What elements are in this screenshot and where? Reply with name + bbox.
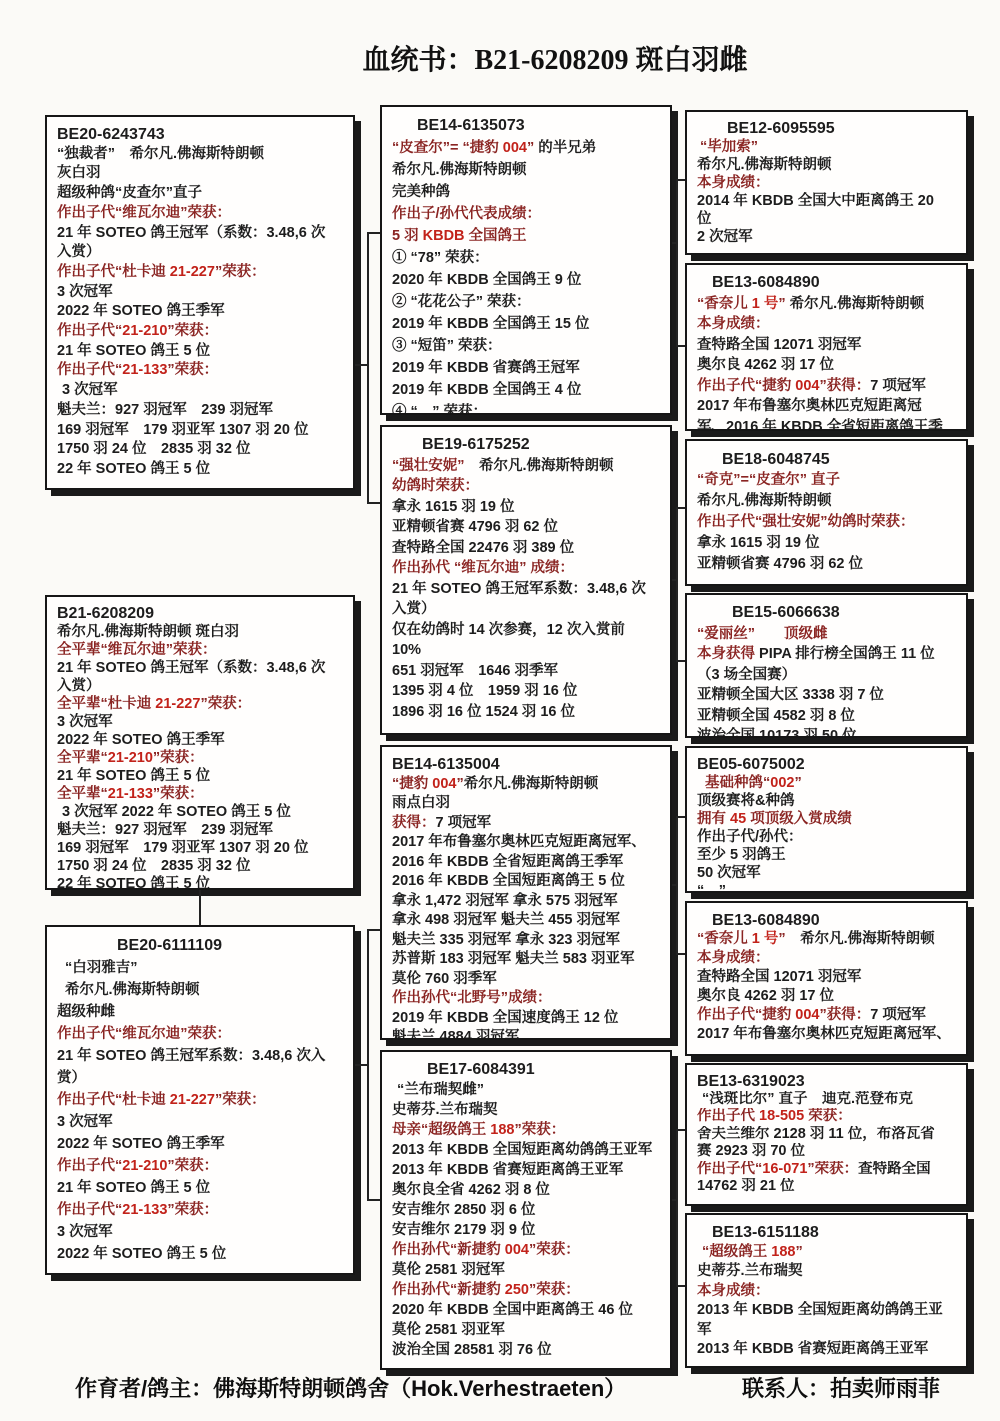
pedigree-line: 2017 年布鲁塞尔奥林匹克短距离冠军、	[697, 1025, 956, 1044]
pedigree-line: 希尔凡.佛海斯特朗顿	[392, 159, 660, 181]
ring-number: BE20-6111109	[57, 935, 343, 957]
pedigree-line: 3 次冠军	[57, 283, 343, 303]
pedigree-line: 亚精顿省赛 4796 羽 62 位	[392, 517, 660, 538]
ring-number: BE14-6135004	[392, 755, 660, 775]
pedigree-line: 2022 年 SOTEO 鸽王 5 位	[57, 1243, 343, 1265]
plain-text: 查特路全国 12071 羽冠军	[697, 337, 861, 353]
pedigree-line: 作出孙代 “维瓦尔迪” 成绩：	[392, 558, 660, 579]
highlighted-text: 21-210	[122, 1158, 167, 1174]
plain-text: 2020 年 KBDB 全国鸽王 9 位	[392, 272, 581, 288]
pedigree-page: 血统书：B21-6208209 斑白羽雌 BE20-6243743“独裁者” 希…	[0, 0, 1000, 1421]
pedigree-box-BE13-6319023: BE13-6319023“浅斑比尔” 直子 迪克.范登布克作出子代 18-505…	[685, 1063, 968, 1206]
pedigree-line: 2022 年 SOTEO 鸽王季军	[57, 302, 343, 322]
pedigree-line: 50 次冠军	[697, 864, 956, 882]
pedigree-line: 作出子代“维瓦尔迪”荣获：	[57, 204, 343, 224]
pedigree-line: 拿永 1,472 羽冠军 拿永 575 羽冠军	[392, 892, 660, 912]
highlighted-text: ”荣获：	[153, 750, 204, 766]
pedigree-box-BE15-6066638: BE15-6066638“爱丽丝” 顶级雌本身获得 PIPA 排行榜全国鸽王 1…	[685, 593, 968, 738]
plain-text: 奥尔良 4262 羽 17 位	[697, 357, 834, 373]
highlighted-text: 本身成绩：	[697, 1283, 770, 1299]
highlighted-text: 拥有	[697, 811, 730, 827]
highlighted-text: 作出子代“	[57, 323, 122, 339]
plain-text: 安吉维尔 2850 羽 6 位	[392, 1202, 535, 1218]
plain-text: 2019 年 KBDB 省赛鸽王冠军	[392, 360, 580, 376]
pedigree-line: 希尔凡.佛海斯特朗顿	[57, 979, 343, 1001]
plain-text: 军、2016 年 KBDB 全省短距离鸽王季	[697, 419, 943, 432]
contact-info: 联系人：拍卖师雨菲	[742, 1372, 940, 1403]
connector-line	[678, 1129, 685, 1131]
highlighted-text: 004	[505, 1242, 529, 1258]
plain-text: 169 羽冠军 179 羽亚军 1307 羽 20 位	[57, 422, 308, 438]
highlighted-text: 基础种鸽“	[705, 775, 770, 791]
highlighted-text: 项顶级入赏成绩	[746, 811, 852, 827]
plain-text: 亚精顿省赛 4796 羽 62 位	[392, 519, 558, 535]
plain-text: 超级种鸽“皮查尔”直子	[57, 185, 202, 201]
pedigree-line: 魁夫兰 4884 羽冠军	[392, 1028, 660, 1040]
highlighted-text: 作出子代“	[697, 1161, 762, 1177]
highlighted-text: ”荣获：	[529, 1282, 580, 1298]
pedigree-line: 21 年 SOTEO 鸽王冠军系数：3.48,6 次入	[57, 1045, 343, 1067]
highlighted-text: “超级鸽王	[702, 1244, 771, 1260]
pedigree-line: 1750 羽 24 位 2835 羽 32 位	[57, 857, 343, 875]
pedigree-line: 2013 年 KBDB 全国短距离幼鸽鸽王亚	[697, 1301, 956, 1321]
highlighted-text: 21-210	[122, 323, 167, 339]
pedigree-line: 651 羽冠军 1646 羽季军	[392, 661, 660, 682]
pedigree-line: 21 年 SOTEO 鸽王 5 位	[57, 767, 343, 785]
ring-number: BE15-6066638	[697, 603, 956, 624]
pedigree-line: 赛 2923 羽 70 位	[697, 1143, 956, 1161]
plain-text: 651 羽冠军 1646 羽季军	[392, 663, 558, 679]
pedigree-line: 2020 年 KBDB 全国中距离鸽王 46 位	[392, 1300, 660, 1320]
highlighted-text: 004	[503, 140, 527, 156]
plain-text: 2017 年布鲁塞尔奥林匹克短距离冠军、	[697, 1026, 951, 1042]
plain-text: 史蒂芬.兰布瑞契	[697, 1263, 803, 1279]
plain-text: “浅斑比尔” 直子 迪克.范登布克	[702, 1091, 913, 1107]
plain-text: 查特路全国	[858, 1161, 931, 1177]
pedigree-line: 21 年 SOTEO 鸽王冠军（系数：3.48,6 次	[57, 224, 343, 244]
pedigree-line: “香奈儿 1 号” 希尔凡.佛海斯特朗顿	[697, 294, 956, 315]
plain-text: 22 年 SOTEO 鸽王 5 位	[57, 461, 210, 477]
pedigree-line: 作出孙代“新捷豹 250”荣获：	[392, 1280, 660, 1300]
pedigree-line: “毕加索”	[697, 138, 956, 156]
connector-line	[676, 1129, 678, 1287]
pedigree-box-B21-6208209: B21-6208209希尔凡.佛海斯特朗顿 斑白羽全平辈“维瓦尔迪”荣获：21 …	[45, 595, 355, 890]
pedigree-box-BE12-6095595: BE12-6095595“毕加索”希尔凡.佛海斯特朗顿本身成绩：2014 年 K…	[685, 110, 968, 255]
highlighted-text: 作出孙代 “维瓦尔迪” 成绩：	[392, 560, 574, 576]
plain-text: 安吉维尔 2179 羽 9 位	[392, 1222, 535, 1238]
pedigree-line: 2016 年 KBDB 全省短距离鸽王季军	[392, 853, 660, 873]
pedigree-line: 3 次冠军	[57, 1111, 343, 1133]
highlighted-text: 全平辈“杜卡迪	[57, 696, 155, 712]
pedigree-line: 作出子代“捷豹 004”获得：7 项冠军	[697, 1006, 956, 1025]
plain-text: “白羽雅吉”	[65, 960, 138, 976]
pedigree-line: 2013 年 KBDB 全国短距离幼鸽鸽王亚军	[392, 1140, 660, 1160]
highlighted-text: ”荣获：	[153, 786, 204, 802]
pedigree-line: 仅在幼鸽时 14 次参赛，12 次入赏前	[392, 620, 660, 641]
pedigree-line: 作出子代“16-071”荣获：查特路全国	[697, 1161, 956, 1179]
ring-number: BE13-6151188	[697, 1223, 956, 1243]
highlighted-text: 作出子代“维瓦尔迪”荣获：	[57, 1026, 231, 1042]
highlighted-text: ”获得：	[819, 1007, 870, 1023]
highlighted-text: ”荣获：	[200, 696, 251, 712]
connector-line	[369, 929, 380, 931]
pedigree-line: 本身获得 PIPA 排行榜全国鸽王 11 位	[697, 644, 956, 665]
pedigree-line: 169 羽冠军 179 羽亚军 1307 羽 20 位	[57, 839, 343, 857]
pedigree-line: 幼鸽时荣获：	[392, 476, 660, 497]
plain-text: 7 项冠军	[870, 378, 926, 394]
pedigree-line: 本身成绩：	[697, 174, 956, 192]
plain-text: 希尔凡.佛海斯特朗顿	[697, 157, 832, 173]
pedigree-line: 2 次冠军	[697, 228, 956, 246]
highlighted-text: 004	[795, 378, 819, 394]
pedigree-line: 2019 年 KBDB 全国速度鸽王 12 位	[392, 1009, 660, 1029]
pedigree-line: 亚精顿全国大区 3338 羽 7 位	[697, 685, 956, 706]
plain-text: 魁夫兰：927 羽冠军 239 羽冠军	[57, 402, 273, 418]
pedigree-line: 作出子代/孙代：	[697, 828, 956, 846]
highlighted-text: ”荣获：	[215, 1092, 266, 1108]
pedigree-line: 入赏）	[392, 599, 660, 620]
plain-text: 莫伦 760 羽季军	[392, 971, 497, 987]
highlighted-text: 作出子代“维瓦尔迪”荣获：	[57, 205, 231, 221]
pedigree-line: 21 年 SOTEO 鸽王 5 位	[57, 1177, 343, 1199]
pedigree-line: 希尔凡.佛海斯特朗顿	[697, 491, 956, 512]
pedigree-line: 作出孙代“北野号”成绩：	[392, 989, 660, 1009]
highlighted-text: 本身成绩：	[697, 316, 770, 332]
highlighted-text: 作出子代“杜卡迪	[57, 1092, 170, 1108]
highlighted-text: 002	[770, 775, 794, 791]
plain-text: 3 次冠军	[57, 1224, 113, 1240]
pedigree-line: 奥尔良 4262 羽 17 位	[697, 355, 956, 376]
plain-text: 2013 年 KBDB 全国短距离幼鸽鸽王亚	[697, 1302, 943, 1318]
pedigree-line: 作出子代“21-210”荣获：	[57, 322, 343, 342]
pedigree-box-BE14-6135004: BE14-6135004“捷豹 004”希尔凡.佛海斯特朗顿雨点白羽获得：7 项…	[380, 745, 672, 1040]
connector-line	[678, 660, 685, 662]
plain-text: 21 年 SOTEO 鸽王 5 位	[57, 768, 210, 784]
pedigree-line: ② “花花公子” 荣获：	[392, 291, 660, 313]
ring-number: B21-6208209	[57, 605, 343, 623]
plain-text: 雨点白羽	[392, 795, 450, 811]
highlighted-text: “爱丽丝” 顶级雌	[697, 626, 828, 642]
pedigree-line: 安吉维尔 2179 羽 9 位	[392, 1220, 660, 1240]
plain-text: 2013 年 KBDB 省赛短距离鸽王亚军	[697, 1341, 928, 1357]
highlighted-text: ”	[778, 296, 785, 312]
plain-text: 22 年 SOTEO 鸽王 5 位	[57, 876, 210, 890]
highlighted-text: 16-071	[762, 1161, 807, 1177]
highlighted-text: KBDB	[423, 228, 465, 244]
ring-number: BE13-6084890	[697, 273, 956, 294]
plain-text: 至少 5 羽鸽王	[697, 847, 786, 863]
highlighted-text: 荣获：	[804, 1108, 852, 1124]
plain-text: 入赏）	[392, 601, 436, 617]
pedigree-line: “捷豹 004”希尔凡.佛海斯特朗顿	[392, 775, 660, 795]
highlighted-text: 21-227	[155, 696, 200, 712]
highlighted-text: 21-133	[122, 362, 167, 378]
plain-text: 2019 年 KBDB 全国鸽王 15 位	[392, 316, 589, 332]
pedigree-box-BE13-6151188: BE13-6151188“超级鸽王 188”史蒂芬.兰布瑞契本身成绩：2013 …	[685, 1213, 968, 1368]
highlighted-text: ”荣获：	[514, 1122, 565, 1138]
pedigree-line: 查特路全国 12071 羽冠军	[697, 335, 956, 356]
highlighted-text: 作出子代“	[57, 1202, 122, 1218]
pedigree-line: 希尔凡.佛海斯特朗顿	[697, 156, 956, 174]
ring-number: BE05-6075002	[697, 756, 956, 774]
plain-text: 史蒂芬.兰布瑞契	[392, 1102, 498, 1118]
plain-text: 2019 年 KBDB 全国鸽王 4 位	[392, 382, 581, 398]
pedigree-line: 作出子代“21-133”荣获：	[57, 1199, 343, 1221]
plain-text: PIPA 排行榜全国鸽王 11 位	[759, 646, 935, 662]
plain-text: 魁夫兰：927 羽冠军 239 羽冠军	[57, 822, 273, 838]
highlighted-text: ”荣获：	[167, 1202, 218, 1218]
ring-number: BE19-6175252	[392, 435, 660, 456]
pedigree-line: “强壮安妮” 希尔凡.佛海斯特朗顿	[392, 456, 660, 477]
pedigree-line: 莫伦 2581 羽冠军	[392, 1260, 660, 1280]
pedigree-line: 3 次冠军 2022 年 SOTEO 鸽王 5 位	[57, 803, 343, 821]
pedigree-line: 1896 羽 16 位 1524 羽 16 位	[392, 702, 660, 723]
plain-text: 拿永 1615 羽 19 位	[392, 499, 515, 515]
pedigree-line: 军	[697, 1321, 956, 1341]
plain-text: 作出子代/孙代：	[697, 829, 803, 845]
pedigree-line: 作出子代“杜卡迪 21-227”荣获：	[57, 263, 343, 283]
pedigree-line: 3 次冠军	[57, 381, 343, 401]
pedigree-line: 希尔凡.佛海斯特朗顿 斑白羽	[57, 623, 343, 641]
ring-number: BE13-6084890	[697, 911, 956, 930]
plain-text: ① “78” 荣获：	[392, 250, 489, 266]
plain-text: ③ “短笛” 荣获：	[392, 338, 502, 354]
page-title: 血统书：B21-6208209 斑白羽雌	[0, 38, 1000, 78]
plain-text: 顶级赛将&种鸽	[697, 793, 794, 809]
pedigree-box-BE05-6075002: BE05-6075002基础种鸽“002”顶级赛将&种鸽拥有 45 项顶级入赏成…	[685, 746, 968, 893]
pedigree-line: 22 年 SOTEO 鸽王 5 位	[57, 875, 343, 890]
plain-text: 赛 2923 羽 70 位	[697, 1143, 805, 1159]
plain-text: 军	[697, 1322, 712, 1338]
plain-text: ④ “…” 荣获：	[392, 404, 487, 415]
highlighted-text: 全平辈“	[57, 786, 108, 802]
pedigree-line: ③ “短笛” 荣获：	[392, 335, 660, 357]
highlighted-text: 188	[771, 1244, 795, 1260]
highlighted-text: ”荣获：	[807, 1161, 858, 1177]
plain-text: 3 次冠军	[57, 714, 113, 730]
highlighted-text: “强壮安妮”	[392, 458, 465, 474]
connector-line	[678, 816, 685, 818]
pedigree-line: 2014 年 KBDB 全国大中距离鸽王 20	[697, 192, 956, 210]
plain-text: 波治全国 10173 羽 50 位	[697, 728, 857, 738]
highlighted-text: 21-227	[170, 264, 215, 280]
highlighted-text: 本身成绩：	[697, 950, 770, 966]
pedigree-line: 拿永 498 羽冠军 魁夫兰 455 羽冠军	[392, 911, 660, 931]
ring-number: BE14-6135073	[392, 115, 660, 137]
plain-text: 3 次冠军	[57, 1114, 113, 1130]
plain-text: 查特路全国 22476 羽 389 位	[392, 540, 574, 556]
pedigree-line: 史蒂芬.兰布瑞契	[697, 1262, 956, 1282]
pedigree-line: 2019 年 KBDB 全国鸽王 15 位	[392, 313, 660, 335]
plain-text: 亚精顿省赛 4796 羽 62 位	[697, 556, 863, 572]
highlighted-text: 21-133	[122, 1202, 167, 1218]
pedigree-line: 21 年 SOTEO 鸽王 5 位	[57, 342, 343, 362]
pedigree-line: 拿永 1615 羽 19 位	[392, 497, 660, 518]
plain-text: 灰白羽	[57, 165, 101, 181]
ring-number: BE20-6243743	[57, 125, 343, 145]
plain-text: 希尔凡.佛海斯特朗顿	[465, 458, 614, 474]
page-footer: 作育者/鸽主：佛海斯特朗顿鸽舍（Hok.Verhestraeten） 联系人：拍…	[0, 1372, 1000, 1403]
pedigree-line: 入赏）	[57, 243, 343, 263]
plain-text: 魁夫兰 4884 羽冠军	[392, 1029, 519, 1040]
highlighted-text: “香奈儿	[697, 931, 752, 947]
plain-text: 2013 年 KBDB 省赛短距离鸽王亚军	[392, 1162, 623, 1178]
plain-text: 1896 羽 16 位 1524 羽 16 位	[392, 704, 575, 720]
highlighted-text: ”荣获：	[529, 1242, 580, 1258]
page-title-text: 血统书：B21-6208209 斑白羽雌	[362, 45, 747, 76]
pedigree-line: 魁夫兰：927 羽冠军 239 羽冠军	[57, 821, 343, 839]
pedigree-line: 全平辈“21-210”荣获：	[57, 749, 343, 767]
plain-text: 入赏）	[57, 244, 101, 260]
highlighted-text: 作出子/孙代代表成绩：	[392, 206, 541, 222]
plain-text: 赏）	[57, 1070, 86, 1086]
plain-text: 10%	[392, 642, 421, 658]
plain-text: 超级种雌	[57, 1004, 115, 1020]
ring-number: BE18-6048745	[697, 449, 956, 470]
pedigree-line: 亚精顿全国 4582 羽 8 位	[697, 706, 956, 727]
pedigree-line: 作出子代 18-505 荣获：	[697, 1108, 956, 1126]
connector-line	[369, 232, 380, 234]
pedigree-line: 亚精顿省赛 4796 羽 62 位	[697, 554, 956, 575]
highlighted-text: 作出子代“	[57, 362, 122, 378]
pedigree-line: 作出子代“21-133”荣获：	[57, 361, 343, 381]
pedigree-line: 魁夫兰：927 羽冠军 239 羽冠军	[57, 401, 343, 421]
plain-text: 亚精顿全国大区 3338 羽 7 位	[697, 687, 884, 703]
pedigree-line: 2019 年 KBDB 全国鸽王 4 位	[392, 379, 660, 401]
highlighted-text: “捷豹	[392, 776, 432, 792]
pedigree-line: “香奈儿 1 号” 希尔凡.佛海斯特朗顿	[697, 930, 956, 949]
highlighted-text: 作出子代“捷豹	[697, 378, 795, 394]
pedigree-line: 查特路全国 22476 羽 389 位	[392, 538, 660, 559]
pedigree-box-BE19-6175252: BE19-6175252“强壮安妮” 希尔凡.佛海斯特朗顿幼鸽时荣获：拿永 16…	[380, 425, 672, 735]
highlighted-text: 5 羽	[392, 228, 423, 244]
highlighted-text: 250	[505, 1282, 529, 1298]
plain-text: 2017 年布鲁塞尔奥林匹克短距离冠	[697, 398, 922, 414]
highlighted-text: ”	[795, 1244, 802, 1260]
plain-text: 7 项冠军	[870, 1007, 926, 1023]
plain-text: 21 年 SOTEO 鸽王 5 位	[57, 343, 210, 359]
plain-text: 拿永 1615 羽 19 位	[697, 535, 820, 551]
pedigree-line: “奇克”=“皮查尔” 直子	[697, 470, 956, 491]
pedigree-line: 顶级赛将&种鸽	[697, 792, 956, 810]
pedigree-line: 拥有 45 项顶级入赏成绩	[697, 810, 956, 828]
highlighted-text: 作出孙代“北野号”成绩：	[392, 990, 552, 1006]
plain-text: 拿永 498 羽冠军 魁夫兰 455 羽冠军	[392, 912, 620, 928]
plain-text: （3 场全国赛）	[697, 667, 796, 683]
pedigree-line: 奥尔良全省 4262 羽 8 位	[392, 1180, 660, 1200]
highlighted-text: 21-227	[170, 1092, 215, 1108]
highlighted-text: ”荣获：	[167, 323, 218, 339]
pedigree-line: 波治全国 28581 羽 76 位	[392, 1340, 660, 1360]
pedigree-line: 莫伦 760 羽季军	[392, 970, 660, 990]
pedigree-line: 舍夫兰维尔 2128 羽 11 位，布洛瓦省	[697, 1126, 956, 1144]
pedigree-line: “浅斑比尔” 直子 迪克.范登布克	[697, 1091, 956, 1109]
pedigree-line: 10%	[392, 640, 660, 661]
pedigree-line: 作出子代“捷豹 004”获得：7 项冠军	[697, 376, 956, 397]
connector-line	[676, 507, 678, 662]
connector-line	[678, 345, 685, 347]
pedigree-line: 21 年 SOTEO 鸽王冠军（系数：3.48,6 次	[57, 659, 343, 677]
highlighted-text: 1 号	[752, 931, 779, 947]
pedigree-line: 3 次冠军	[57, 1221, 343, 1243]
plain-text: 2022 年 SOTEO 鸽王 5 位	[57, 1246, 226, 1262]
highlighted-text: ”	[456, 776, 463, 792]
plain-text: 14762 羽 21 位	[697, 1178, 795, 1194]
highlighted-text: ”荣获：	[215, 264, 266, 280]
highlighted-text: “奇克”=“皮查尔” 直子	[697, 472, 840, 488]
connector-line	[199, 890, 201, 925]
highlighted-text: 全平辈“	[57, 750, 108, 766]
pedigree-line: 2022 年 SOTEO 鸽王季军	[57, 731, 343, 749]
pedigree-line: 雨点白羽	[392, 794, 660, 814]
pedigree-line: 入赏）	[57, 677, 343, 695]
pedigree-line: （3 场全国赛）	[697, 665, 956, 686]
pedigree-line: 本身成绩：	[697, 949, 956, 968]
plain-text: “兰布瑞契雌”	[397, 1082, 484, 1098]
highlighted-text: 获得：	[392, 815, 436, 831]
pedigree-line: 2017 年布鲁塞尔奥林匹克短距离冠	[697, 396, 956, 417]
pedigree-line: 作出子/孙代代表成绩：	[392, 203, 660, 225]
plain-text: 莫伦 2581 羽冠军	[392, 1262, 505, 1278]
plain-text: 21 年 SOTEO 鸽王冠军系数：3.48,6 次入	[57, 1048, 325, 1064]
pedigree-line: “…”	[697, 882, 956, 893]
connector-line	[367, 929, 369, 1201]
highlighted-text: ”	[778, 931, 785, 947]
pedigree-line: 2019 年 KBDB 省赛鸽王冠军	[392, 357, 660, 379]
pedigree-line: “爱丽丝” 顶级雌	[697, 624, 956, 645]
pedigree-line: 母亲“超级鸽王 188”荣获：	[392, 1120, 660, 1140]
pedigree-line: 莫伦 2581 羽亚军	[392, 1320, 660, 1340]
pedigree-line: 全平辈“维瓦尔迪”荣获：	[57, 641, 343, 659]
pedigree-line: 查特路全国 12071 羽冠军	[697, 968, 956, 987]
plain-text: 2022 年 SOTEO 鸽王季军	[57, 732, 225, 748]
highlighted-text: 作出孙代“新捷豹	[392, 1242, 505, 1258]
connector-line	[678, 953, 685, 955]
plain-text: ② “花花公子” 荣获：	[392, 294, 531, 310]
plain-text: 魁夫兰 335 羽冠军 拿永 323 羽冠军	[392, 932, 620, 948]
pedigree-line: 作出子代“维瓦尔迪”荣获：	[57, 1023, 343, 1045]
pedigree-line: 获得：7 项冠军	[392, 814, 660, 834]
highlighted-text: ”荣获：	[167, 1158, 218, 1174]
pedigree-line: 魁夫兰 335 羽冠军 拿永 323 羽冠军	[392, 931, 660, 951]
pedigree-line: 军、2016 年 KBDB 全省短距离鸽王季	[697, 417, 956, 432]
plain-text: 的半兄弟	[534, 140, 596, 156]
highlighted-text: 45	[730, 811, 746, 827]
highlighted-text: 21-210	[108, 750, 153, 766]
plain-text: 亚精顿全国 4582 羽 8 位	[697, 708, 855, 724]
highlighted-text: 母亲“超级鸽王	[392, 1122, 490, 1138]
generation-column-subject-and-parents: BE20-6243743“独裁者” 希尔凡.佛海斯特朗顿灰白羽超级种鸽“皮查尔”…	[45, 115, 355, 1275]
pedigree-line: 拿永 1615 羽 19 位	[697, 533, 956, 554]
pedigree-line: 2017 年布鲁塞尔奥林匹克短距离冠军、	[392, 833, 660, 853]
plain-text: 50 次冠军	[697, 865, 761, 881]
pedigree-box-BE14-6135073: BE14-6135073“皮查尔”= “捷豹 004” 的半兄弟希尔凡.佛海斯特…	[380, 105, 672, 415]
pedigree-line: “白羽雅吉”	[57, 957, 343, 979]
plain-text: 奥尔良全省 4262 羽 8 位	[392, 1182, 550, 1198]
pedigree-line: 作出子代“杜卡迪 21-227”荣获：	[57, 1089, 343, 1111]
plain-text: “独裁者” 希尔凡.佛海斯特朗顿	[57, 146, 264, 162]
pedigree-line: “超级鸽王 188”	[697, 1243, 956, 1263]
pedigree-line: 22 年 SOTEO 鸽王 5 位	[57, 460, 343, 480]
pedigree-line: 安吉维尔 2850 羽 6 位	[392, 1200, 660, 1220]
plain-text: 希尔凡.佛海斯特朗顿	[786, 296, 925, 312]
generation-column-great-grandparents: BE12-6095595“毕加索”希尔凡.佛海斯特朗顿本身成绩：2014 年 K…	[685, 110, 968, 1368]
plain-text: 2016 年 KBDB 全国短距离鸽王 5 位	[392, 873, 625, 889]
ring-number: BE13-6319023	[697, 1073, 956, 1091]
highlighted-text: 作出子代“捷豹	[697, 1007, 795, 1023]
highlighted-text: 全平辈“维瓦尔迪”荣获：	[57, 642, 217, 658]
pedigree-line: 1395 羽 4 位 1959 羽 16 位	[392, 681, 660, 702]
